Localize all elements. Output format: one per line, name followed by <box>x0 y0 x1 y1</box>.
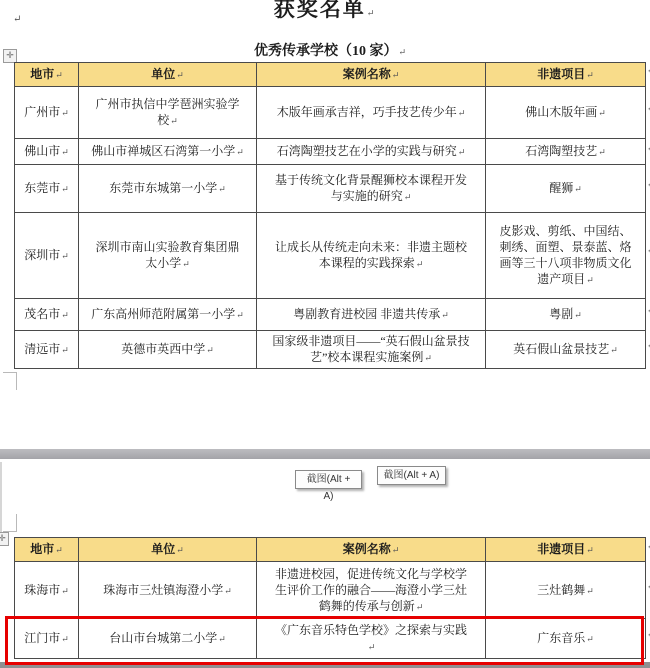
text-boundary-corner <box>16 514 17 532</box>
pilcrow-mark: ↵ <box>574 184 582 194</box>
header-city[interactable]: 地市↵ <box>15 63 79 87</box>
pilcrow-mark: ↵ <box>61 310 69 320</box>
cell-heritage-project[interactable]: 皮影戏、剪纸、中国结、刺绣、面塑、景泰蓝、烙画等三十八项非物质文化遗产项目↵ <box>486 213 646 299</box>
cell-city[interactable]: 茂名市↵ <box>15 299 79 331</box>
table-row: 清远市↵ 英德市英西中学↵ 国家级非遗项目——“英石假山盆景技艺”校本课程实施案… <box>15 331 646 369</box>
pilcrow-mark: ↵ <box>61 251 69 261</box>
cell-city[interactable]: 清远市↵ <box>15 331 79 369</box>
cell-city[interactable]: 东莞市↵ <box>15 165 79 213</box>
cell-city[interactable]: 深圳市↵ <box>15 213 79 299</box>
pilcrow-mark: ↵ <box>61 108 69 118</box>
section-title[interactable]: 优秀传承学校（10 家）↵ <box>15 40 645 60</box>
cell-case-name[interactable]: 国家级非遗项目——“英石假山盆景技艺”校本课程实施案例↵ <box>257 331 486 369</box>
pilcrow-mark: ↵ <box>586 586 594 596</box>
cell-heritage-project[interactable]: 广东音乐↵ <box>486 619 646 659</box>
pilcrow-mark: ↵ <box>218 634 226 644</box>
page-edge-shadow <box>0 462 2 534</box>
pilcrow-mark: ↵ <box>367 8 377 18</box>
cell-heritage-project[interactable]: 石湾陶塑技艺↵ <box>486 139 646 165</box>
pilcrow-mark: ↵ <box>182 259 190 269</box>
cell-case-name[interactable]: 基于传统文化背景醒狮校本课程开发与实施的研究↵ <box>257 165 486 213</box>
pilcrow-mark: ↵ <box>416 259 424 269</box>
cell-unit[interactable]: 台山市台城第二小学↵ <box>79 619 257 659</box>
table-row: 深圳市↵ 深圳市南山实验教育集团鼎太小学↵ 让成长从传统走向未来：非遗主题校本课… <box>15 213 646 299</box>
pilcrow-mark: ↵ <box>61 184 69 194</box>
pilcrow-mark: ↵ <box>61 586 69 596</box>
pilcrow-mark: ↵ <box>404 192 412 202</box>
page-separator <box>0 449 650 459</box>
table-row: 茂名市↵ 广东高州师范附属第一小学↵ 粤剧教育进校园 非遗共传承↵ 粤剧↵ <box>15 299 646 331</box>
pilcrow-mark: ↵ <box>441 310 449 320</box>
table-header-row: 地市↵ 单位↵ 案例名称↵ 非遗项目↵ <box>15 63 646 87</box>
header-heritage-project[interactable]: 非遗项目↵ <box>486 538 646 562</box>
pilcrow-mark: ↵ <box>61 147 69 157</box>
pilcrow-mark: ↵ <box>586 275 594 285</box>
table-header-row: 地市↵ 单位↵ 案例名称↵ 非遗项目↵ <box>15 538 646 562</box>
pilcrow-mark: ↵ <box>398 47 406 57</box>
header-city[interactable]: 地市↵ <box>15 538 79 562</box>
table-row: 东莞市↵ 东莞市东城第一小学↵ 基于传统文化背景醒狮校本课程开发与实施的研究↵ … <box>15 165 646 213</box>
cell-unit[interactable]: 深圳市南山实验教育集团鼎太小学↵ <box>79 213 257 299</box>
pilcrow-mark: ↵ <box>224 586 232 596</box>
pilcrow-mark: ↵ <box>55 70 63 80</box>
cell-heritage-project[interactable]: 三灶鹤舞↵ <box>486 562 646 619</box>
pilcrow-mark: ↵ <box>416 602 424 612</box>
pilcrow-mark: ↵ <box>206 345 214 355</box>
cell-unit[interactable]: 广州市执信中学琶洲实验学校↵ <box>79 87 257 139</box>
text-boundary-corner <box>3 372 17 373</box>
cell-unit[interactable]: 珠海市三灶镇海澄小学↵ <box>79 562 257 619</box>
pilcrow-mark: ↵ <box>598 147 606 157</box>
table-move-handle-icon[interactable]: ✛ <box>3 49 17 63</box>
table-row: 广州市↵ 广州市执信中学琶洲实验学校↵ 木版年画承吉祥，巧手技艺传少年↵ 佛山木… <box>15 87 646 139</box>
table-row: 珠海市↵ 珠海市三灶镇海澄小学↵ 非遗进校园，促进传统文化与学校学生评价工作的融… <box>15 562 646 619</box>
cell-case-name[interactable]: 石湾陶塑技艺在小学的实践与研究↵ <box>257 139 486 165</box>
pilcrow-mark: ↵ <box>586 634 594 644</box>
cell-unit[interactable]: 英德市英西中学↵ <box>79 331 257 369</box>
pilcrow-mark: ↵ <box>424 353 432 363</box>
cell-unit[interactable]: 佛山市禅城区石湾第一小学↵ <box>79 139 257 165</box>
header-unit[interactable]: 单位↵ <box>79 538 257 562</box>
header-case-name[interactable]: 案例名称↵ <box>257 63 486 87</box>
pilcrow-mark: ↵ <box>236 310 244 320</box>
header-case-name[interactable]: 案例名称↵ <box>257 538 486 562</box>
cell-case-name[interactable]: 《广东音乐特色学校》之探索与实践↵ <box>257 619 486 659</box>
pilcrow-mark: ↵ <box>574 310 582 320</box>
cell-case-name[interactable]: 非遗进校园，促进传统文化与学校学生评价工作的融合——海澄小学三灶鹤舞的传承与创新… <box>257 562 486 619</box>
pilcrow-mark: ↵ <box>170 116 178 126</box>
pilcrow-mark: ↵ <box>458 108 466 118</box>
pilcrow-mark: ↵ <box>13 14 21 25</box>
pilcrow-mark: ↵ <box>392 70 400 80</box>
pilcrow-mark: ↵ <box>236 147 244 157</box>
pilcrow-mark: ↵ <box>598 108 606 118</box>
cell-city[interactable]: 珠海市↵ <box>15 562 79 619</box>
cell-heritage-project[interactable]: 佛山木版年画↵ <box>486 87 646 139</box>
cell-unit[interactable]: 东莞市东城第一小学↵ <box>79 165 257 213</box>
pilcrow-mark: ↵ <box>218 184 226 194</box>
pilcrow-mark: ↵ <box>586 70 594 80</box>
bottom-edge-bar <box>0 662 650 668</box>
header-heritage-project[interactable]: 非遗项目↵ <box>486 63 646 87</box>
awards-table-page2: 地市↵ 单位↵ 案例名称↵ 非遗项目↵ 珠海市↵ 珠海市三灶镇海澄小学↵ 非遗进… <box>14 537 646 659</box>
pilcrow-mark: ↵ <box>176 70 184 80</box>
table-row-highlighted: 江门市↵ 台山市台城第二小学↵ 《广东音乐特色学校》之探索与实践↵ 广东音乐↵ <box>15 619 646 659</box>
cell-heritage-project[interactable]: 醒狮↵ <box>486 165 646 213</box>
cell-city[interactable]: 江门市↵ <box>15 619 79 659</box>
screenshot-tooltip[interactable]: 截图(Alt + A) <box>295 470 362 489</box>
cell-case-name[interactable]: 木版年画承吉祥，巧手技艺传少年↵ <box>257 87 486 139</box>
cell-city[interactable]: 佛山市↵ <box>15 139 79 165</box>
pilcrow-mark: ↵ <box>61 345 69 355</box>
pilcrow-mark: ↵ <box>61 634 69 644</box>
pilcrow-mark: ↵ <box>392 545 400 555</box>
cell-city[interactable]: 广州市↵ <box>15 87 79 139</box>
pilcrow-mark: ↵ <box>458 147 466 157</box>
screenshot-tooltip[interactable]: 截图(Alt + A) <box>377 466 446 485</box>
table-row: 佛山市↵ 佛山市禅城区石湾第一小学↵ 石湾陶塑技艺在小学的实践与研究↵ 石湾陶塑… <box>15 139 646 165</box>
cell-case-name[interactable]: 让成长从传统走向未来：非遗主题校本课程的实践探索↵ <box>257 213 486 299</box>
header-unit[interactable]: 单位↵ <box>79 63 257 87</box>
pilcrow-mark: ↵ <box>610 345 618 355</box>
pilcrow-mark: ↵ <box>368 642 376 652</box>
pilcrow-mark: ↵ <box>55 545 63 555</box>
cell-heritage-project[interactable]: 粤剧↵ <box>486 299 646 331</box>
document-title[interactable]: 获奖名单↵ <box>0 0 650 23</box>
awards-table-page1: 地市↵ 单位↵ 案例名称↵ 非遗项目↵ 广州市↵ 广州市执信中学琶洲实验学校↵ … <box>14 62 646 369</box>
word-document-view: 获奖名单↵ ↵ 优秀传承学校（10 家）↵ ✛ 地市↵ 单位↵ 案例名称↵ 非遗… <box>0 0 650 668</box>
cell-case-name[interactable]: 粤剧教育进校园 非遗共传承↵ <box>257 299 486 331</box>
text-boundary-corner <box>16 372 17 390</box>
cell-heritage-project[interactable]: 英石假山盆景技艺↵ <box>486 331 646 369</box>
pilcrow-mark: ↵ <box>176 545 184 555</box>
table-move-handle-icon[interactable]: ✛ <box>0 532 9 546</box>
cell-unit[interactable]: 广东高州师范附属第一小学↵ <box>79 299 257 331</box>
pilcrow-mark: ↵ <box>586 545 594 555</box>
